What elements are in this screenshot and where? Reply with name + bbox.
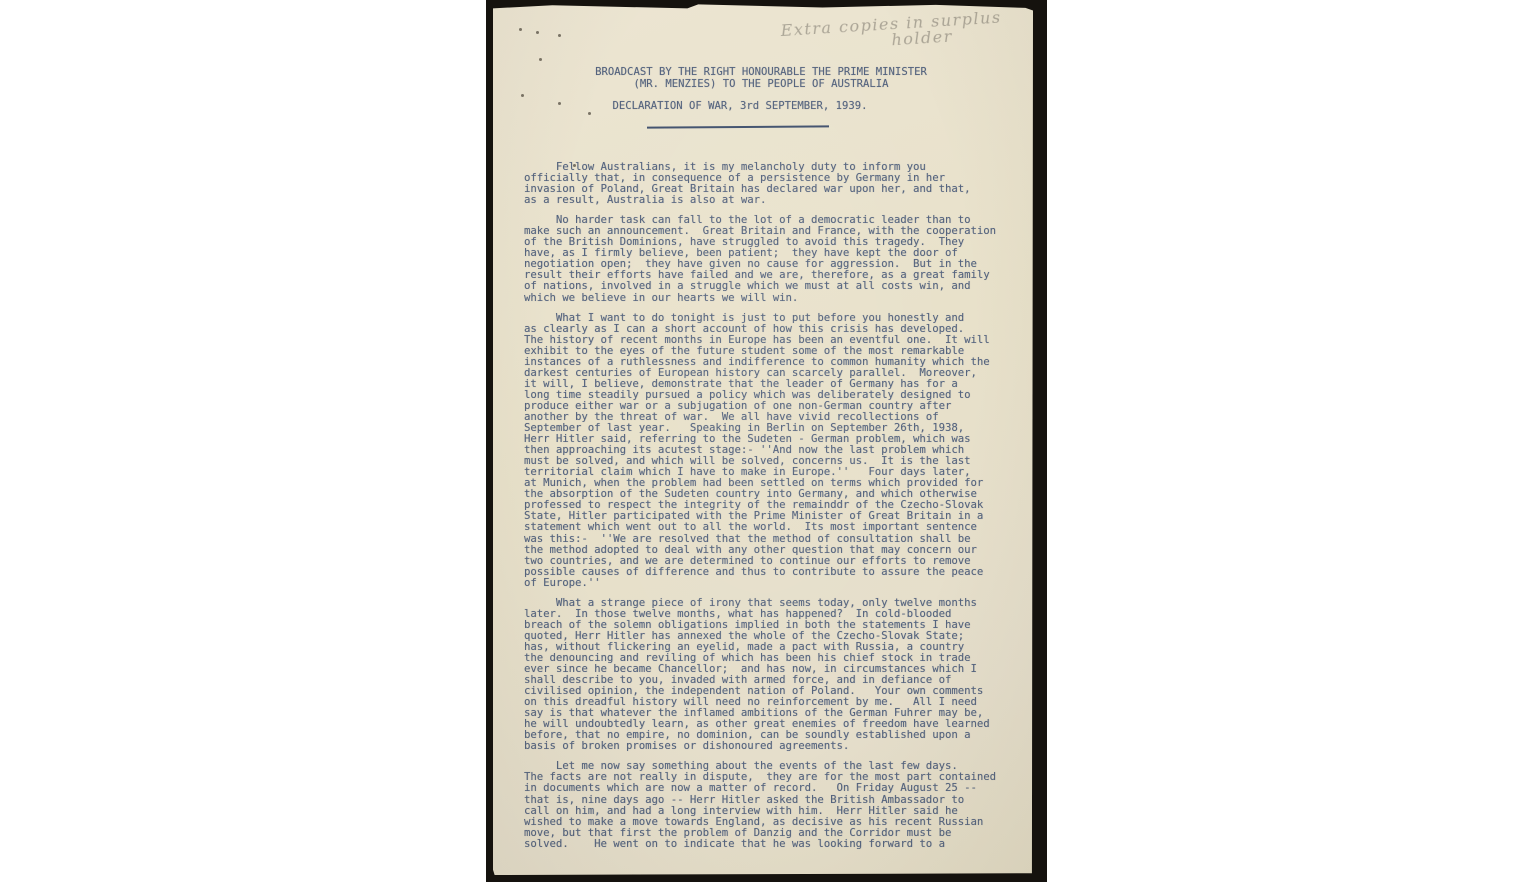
document-subtitle: DECLARATION OF WAR, 3rd SEPTEMBER, 1939. [500, 101, 980, 113]
document-title-line1: BROADCAST BY THE RIGHT HONOURABLE THE PR… [521, 67, 1001, 79]
paper-speck [519, 28, 522, 31]
paragraph-2: No harder task can fall to the lot of a … [524, 215, 1024, 303]
handwritten-annotation: Extra copies in surplus holder [780, 7, 1012, 56]
title-underline [647, 125, 829, 128]
paper-speck [536, 31, 539, 34]
paper-speck [558, 34, 561, 37]
document-header: BROADCAST BY THE RIGHT HONOURABLE THE PR… [521, 67, 1001, 128]
document-title-line2: (MR. MENZIES) TO THE PEOPLE OF AUSTRALIA [521, 79, 1001, 91]
paragraph-5: Let me now say something about the event… [524, 761, 1024, 849]
viewer-page: { "scan": { "background_color": "#ffffff… [0, 0, 1536, 882]
paragraph-3: What I want to do tonight is just to put… [524, 313, 1024, 589]
paper-speck [539, 58, 542, 61]
document-page: Extra copies in surplus holder BROADCAST… [493, 4, 1033, 875]
photo-black-mat: Extra copies in surplus holder BROADCAST… [486, 0, 1047, 882]
document-body: Fellow Australians, it is my melancholy … [524, 162, 1024, 859]
paragraph-4: What a strange piece of irony that seems… [524, 598, 1024, 753]
paragraph-1: Fellow Australians, it is my melancholy … [524, 162, 1024, 206]
scan-viewer-background: Extra copies in surplus holder BROADCAST… [0, 0, 1536, 882]
